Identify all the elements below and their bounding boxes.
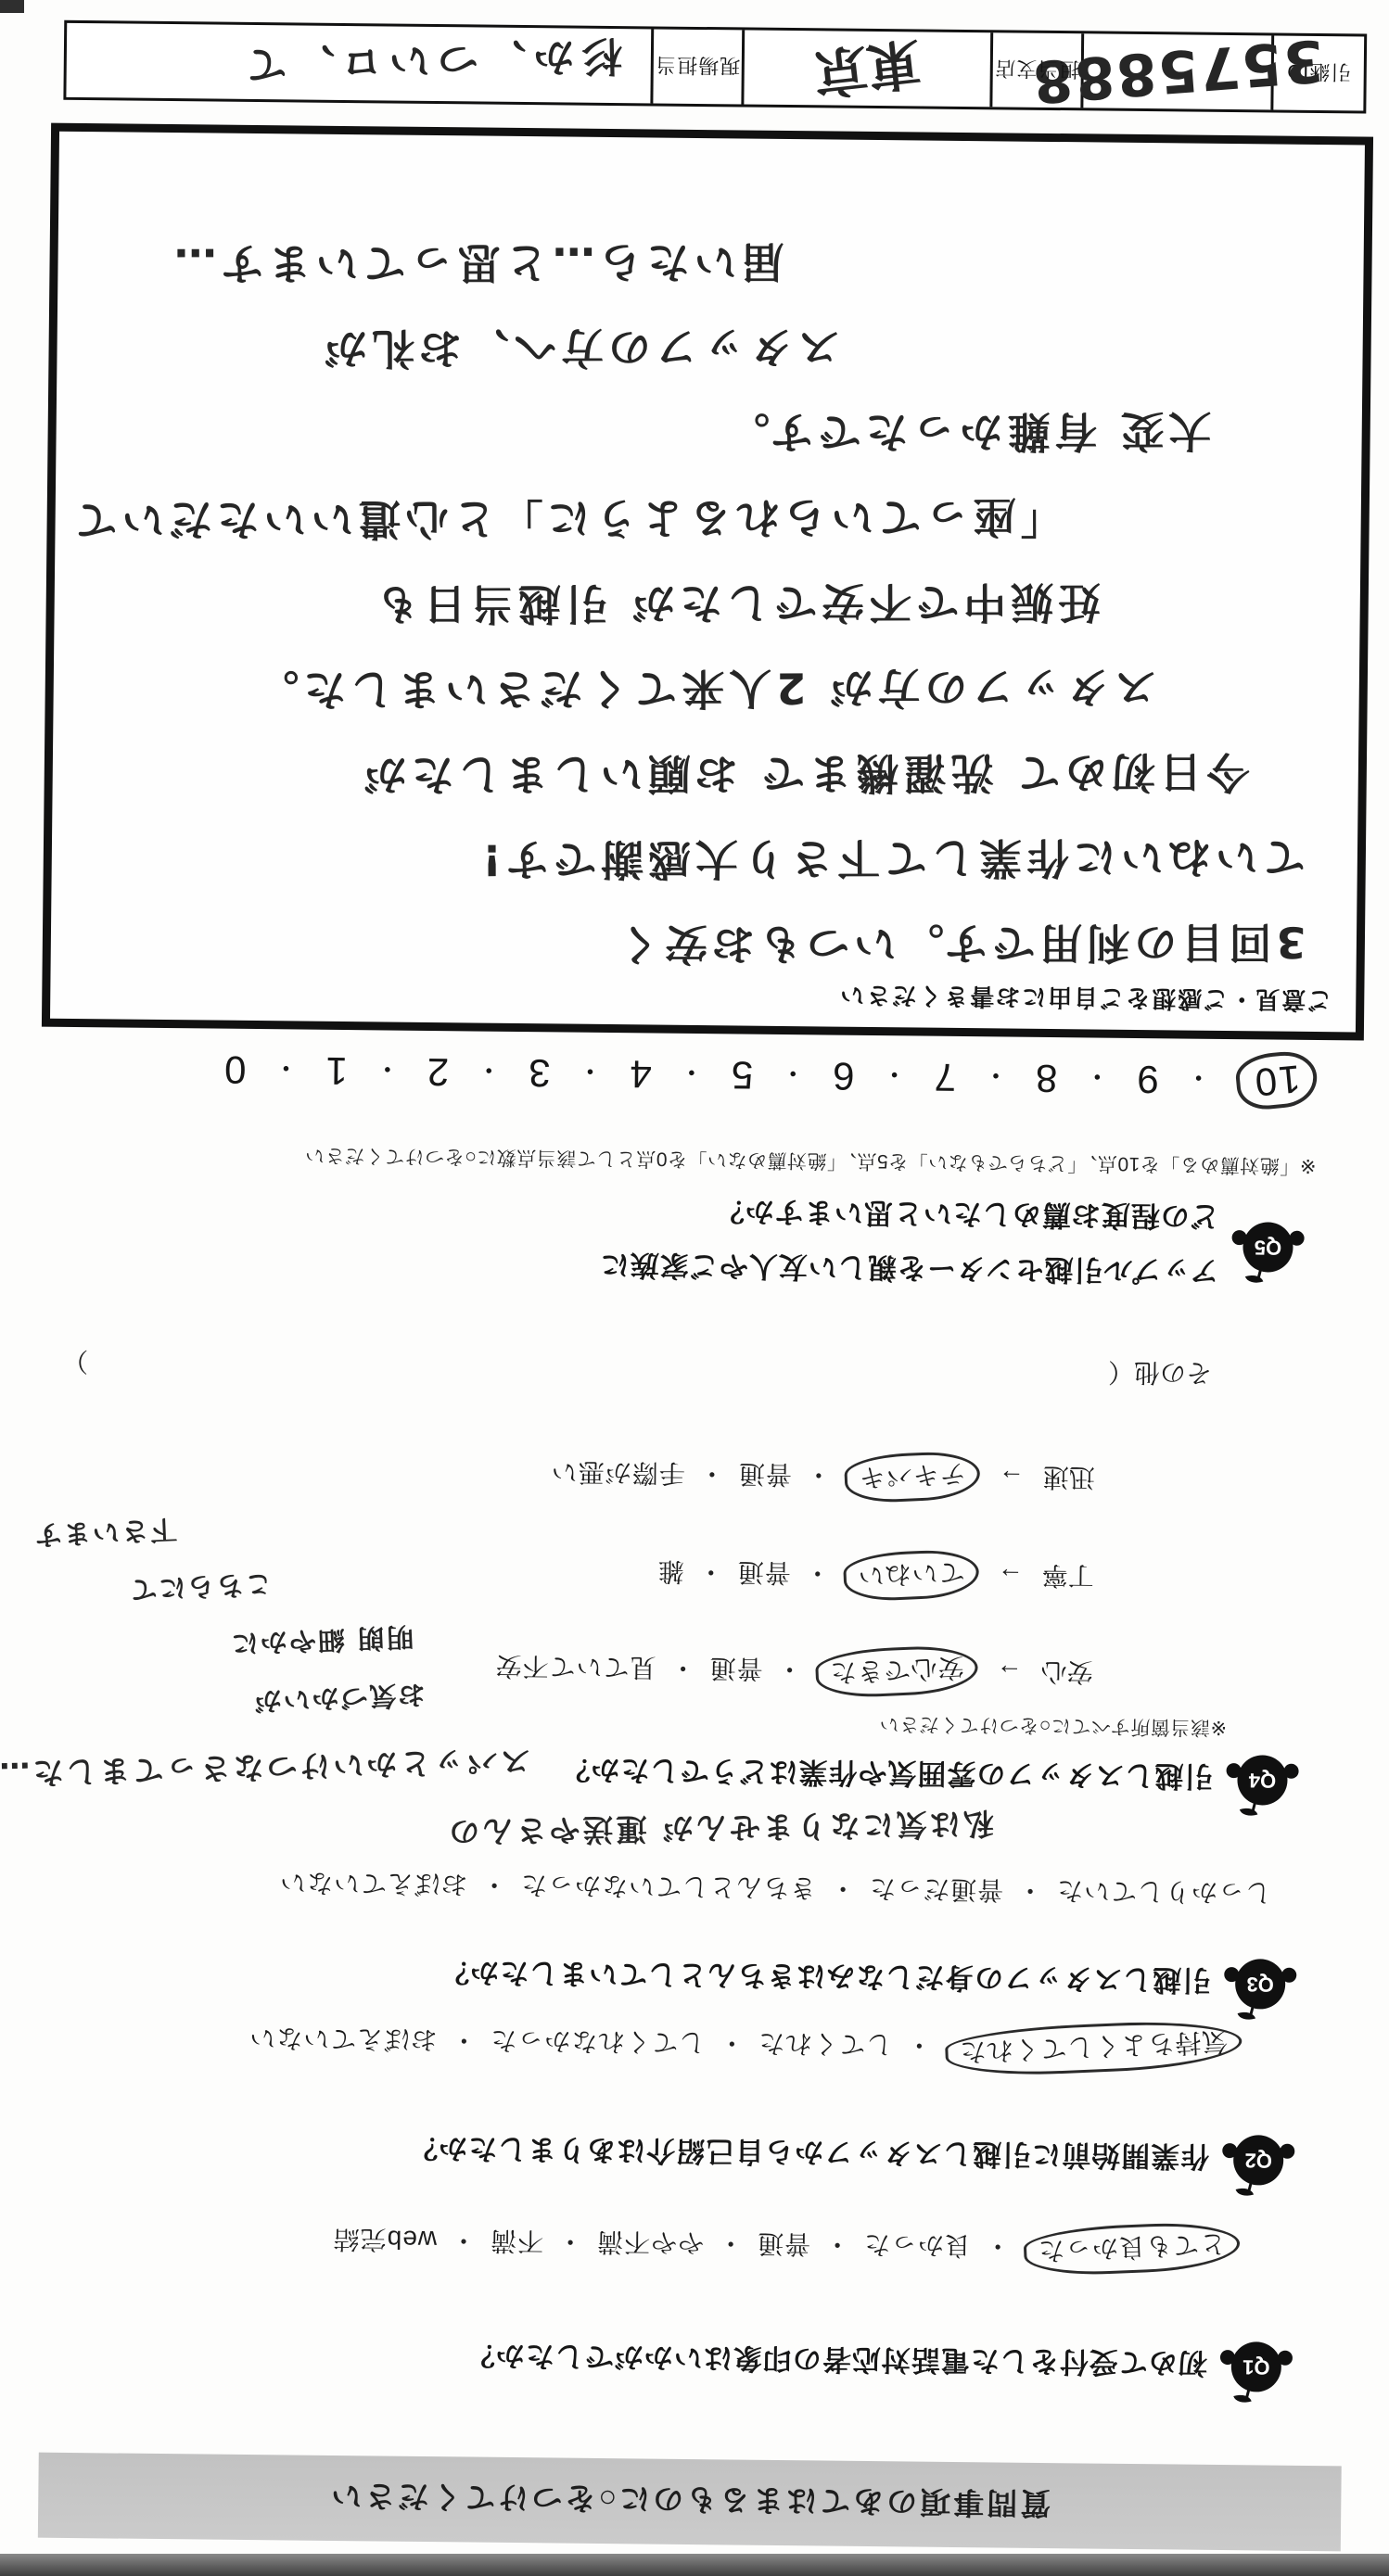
option: 普通だった — [869, 1874, 1003, 1905]
scale-score: 8 — [1034, 1056, 1058, 1100]
option-circled: とても良かった — [1023, 2220, 1241, 2278]
handwritten-line: 3回目の利用です。いつもお安く — [71, 921, 1306, 969]
branch-handwriting: 東京 — [809, 28, 925, 117]
q5-question-line2: どの程度お薦めしたいと思いますか？ — [600, 1192, 1219, 1240]
q4-row-anshin-label: 安心 — [1040, 1655, 1092, 1693]
scale-separator: ・ — [980, 1057, 1010, 1098]
handwritten-line: お気づかいが — [40, 1677, 426, 1731]
option: しっかりしていた — [1056, 1876, 1271, 1907]
option: してくれなかった — [490, 2026, 705, 2057]
field-staff-handwriting: 杉か、ついロ、て — [238, 30, 624, 98]
option: 雑 — [657, 1557, 684, 1586]
option-separator: ・ — [450, 2025, 477, 2054]
q4-other-row: その他（ ） — [62, 1344, 1212, 1393]
scale-score: 0 — [223, 1047, 247, 1092]
option-separator: ・ — [1016, 1876, 1043, 1905]
handwritten-line: 下さいます — [32, 1512, 178, 1555]
q4-question: 引越しスタッフの雰囲気や作業はどうでしたか？ — [560, 1752, 1213, 1800]
branch-label: 担当支店 — [989, 32, 1081, 108]
handwritten-line: ていねいに作業して下さり大感謝です! — [71, 836, 1306, 883]
option-separator: ・ — [450, 2226, 477, 2254]
scale-score: 6 — [831, 1054, 855, 1098]
scale-score: 4 — [628, 1051, 652, 1096]
field-staff-label: 現場担当 — [650, 29, 742, 104]
option-separator: ・ — [805, 1460, 832, 1489]
q5-apple-icon: Q5 — [1242, 1222, 1293, 1273]
q2-options: 気持ちよくしてくれた・してくれた・してくれなかった・おぼえていない — [248, 2015, 1242, 2074]
q4-note: ※該当箇所すべてに○をつけてください — [879, 1711, 1227, 1743]
option-separator: ・ — [823, 2230, 850, 2259]
q1-block: Q1 初めて受付をした電話対応者の印象はいかがでしたか？ — [465, 2333, 1282, 2392]
option: きちんとしていなかった — [520, 1871, 816, 1902]
option-separator: ・ — [905, 2030, 932, 2059]
handwritten-line: 明朗 細やかに — [37, 1618, 414, 1672]
scale-score: 5 — [730, 1052, 754, 1097]
option: 普通 — [737, 1557, 791, 1587]
option-separator: ・ — [775, 1655, 802, 1683]
option-separator: ・ — [804, 1558, 831, 1587]
option-circled: 気持ちよくしてくれた — [944, 2018, 1242, 2078]
q4-row-teinei: 丁寧 → ていねい・普通・雑 — [656, 1549, 1094, 1602]
option-separator: ・ — [829, 1874, 856, 1903]
option-separator: ・ — [556, 2227, 583, 2255]
option: 普通 — [738, 1460, 792, 1490]
option: 普通 — [708, 1654, 762, 1683]
scan-corner-mark — [0, 0, 24, 13]
q5-icon-label: Q5 — [1255, 1235, 1282, 1259]
q4-row-jinsoku-options: テキパキ・普通・手際が悪い — [551, 1449, 981, 1502]
q4-margin-handwritten-note: お気づかいが明朗 細やかにこちらにて下さいます — [32, 1481, 426, 1731]
scale-separator: ・ — [372, 1050, 401, 1091]
scale-score: 7 — [932, 1055, 956, 1099]
handwritten-line: 今日初めて 洗濯機まで お願いしましたが — [71, 751, 1250, 797]
q4-row-anshin-options: 安心できた・普通・見ていて不安 — [494, 1643, 978, 1696]
q3-icon-label: Q3 — [1246, 1972, 1274, 1996]
handwritten-line: スタッフの方が 2人来てくださいました。 — [70, 666, 1156, 712]
q4-handwritten-inline: スパッとかいけつなさってました… — [0, 1742, 531, 1798]
option-separator: ・ — [717, 2228, 744, 2257]
option-separator: ・ — [480, 1871, 507, 1899]
option-separator: ・ — [698, 1459, 725, 1488]
q3-handwritten-note: 私は気になりませんが 運送やさんの — [446, 1804, 994, 1856]
q5-note: ※「絶対薦める」を10点、「どちらでもない」を5点、「絶対薦めない」を0点として… — [305, 1143, 1317, 1181]
arrow-icon: → — [996, 1657, 1022, 1687]
option-separator: ・ — [984, 2231, 1011, 2260]
q4-row-jinsoku-label: 迅速 — [1043, 1460, 1095, 1498]
scale-score-circled: 10 — [1234, 1049, 1319, 1112]
q2-icon-label: Q2 — [1244, 2148, 1272, 2172]
q2-apple-icon: Q2 — [1233, 2135, 1284, 2186]
scale-separator: ・ — [676, 1054, 706, 1095]
q2-question: 作業開始前に引越しスタッフから自己紹介はありましたか？ — [408, 2130, 1209, 2180]
rating-scale: 10・9・8・7・6・5・4・3・2・1・0 — [223, 1042, 1318, 1109]
scale-score: 2 — [426, 1049, 450, 1094]
footer-id-table: 引継ID 3575888 担当支店 東京 現場担当 杉か、ついロ、て — [63, 20, 1367, 114]
handwritten-line: こちらにて — [35, 1567, 274, 1615]
comment-box: ご意見・ご感想をご自由にお書きください 3回目の利用です。いつもお安くていねいに… — [42, 123, 1373, 1041]
arrow-icon: → — [998, 1561, 1024, 1591]
option: 不満 — [490, 2227, 543, 2256]
q3-options: しっかりしていた・普通だった・きちんとしていなかった・おぼえていない — [279, 1865, 1271, 1912]
q4-block: Q4 引越しスタッフの雰囲気や作業はどうでしたか？ スパッとかいけつなさってまし… — [0, 1742, 1288, 1806]
scale-score: 9 — [1135, 1057, 1159, 1101]
scale-separator: ・ — [1081, 1058, 1111, 1098]
q5-block: Q5 アップル引越センターを親しい友人やご家族に どの程度お薦めしたいと思います… — [600, 1192, 1293, 1296]
scale-separator: ・ — [473, 1051, 503, 1092]
survey-instruction-bar: 質問事項のあてはまるものに○をつけてください — [38, 2453, 1342, 2552]
arrow-icon: → — [999, 1463, 1025, 1492]
q3-question: 引越しスタッフの身だしなみはきちんとしていましたか？ — [440, 1955, 1211, 2005]
q1-options: とても良かった・良かった・普通・やや不満・不満・web完結 — [332, 2216, 1240, 2274]
q4-row-anshin: 安心 → 安心できた・普通・見ていて不安 — [494, 1643, 1093, 1698]
scale-separator: ・ — [270, 1049, 299, 1090]
option: おぼえていない — [248, 2024, 437, 2054]
handwritten-line: 大変 有難かったです。 — [70, 410, 1211, 456]
option: 見ていて不安 — [494, 1652, 656, 1682]
q1-apple-icon: Q1 — [1231, 2341, 1282, 2392]
option-circled: テキパキ — [844, 1450, 981, 1504]
handwritten-line: 「座っていられるように」と心遣いいただいて — [70, 495, 1064, 541]
option-separator: ・ — [697, 1557, 724, 1586]
q4-row-teinei-options: ていねい・普通・雑 — [656, 1549, 979, 1601]
handwritten-line: スタッフの方へ、お礼が — [70, 325, 840, 371]
branch-value: 東京 — [741, 30, 990, 107]
handwritten-line: 妊娠中で不安でしたが 引越当日も — [70, 580, 1101, 627]
upside-down-page: 質問事項のあてはまるものに○をつけてください Q1 初めて受付をした電話対応者の… — [0, 0, 1389, 2576]
scale-score: 3 — [527, 1050, 551, 1095]
handwritten-line: 届いたら…と思っています… — [70, 241, 784, 286]
q4-row-teinei-label: 丁寧 — [1042, 1558, 1094, 1596]
handwritten-comment: 3回目の利用です。いつもお安くていねいに作業して下さり大感謝です!今日初めて 洗… — [70, 197, 1306, 969]
option-separator: ・ — [718, 2028, 745, 2057]
option-separator: ・ — [669, 1654, 695, 1682]
option: 手際が悪い — [551, 1457, 685, 1488]
q3-block: Q3 引越しスタッフの身だしなみはきちんとしていましたか？ — [440, 1950, 1286, 2010]
scan-edge-shadow — [0, 2554, 1389, 2576]
option: してくれた — [758, 2029, 892, 2060]
handover-id-value: 3575888 — [1080, 33, 1271, 109]
scale-separator: ・ — [878, 1056, 908, 1097]
field-staff-value: 杉か、ついロ、て — [66, 23, 651, 104]
q4-apple-icon: Q4 — [1237, 1755, 1288, 1806]
q2-block: Q2 作業開始前に引越しスタッフから自己紹介はありましたか？ — [408, 2126, 1284, 2186]
comment-box-label: ご意見・ご感想をご自由にお書きください — [838, 980, 1332, 1020]
q4-other-label: その他（ — [1108, 1355, 1212, 1393]
option: web完結 — [333, 2225, 438, 2254]
option: やや不満 — [596, 2227, 704, 2257]
q4-other-blank — [107, 1363, 1090, 1373]
scale-score: 1 — [324, 1048, 348, 1093]
q5-question-line1: アップル引越センターを親しい友人やご家族に — [600, 1247, 1219, 1295]
scale-separator: ・ — [574, 1053, 604, 1094]
option: おぼえていない — [279, 1868, 467, 1898]
q4-icon-label: Q4 — [1249, 1768, 1277, 1792]
q1-question: 初めて受付をした電話対応者の印象はいかがでしたか？ — [465, 2338, 1207, 2387]
scale-separator: ・ — [777, 1055, 807, 1096]
option-circled: ていねい — [843, 1548, 980, 1602]
q4-other-close-paren: ） — [62, 1344, 88, 1381]
option: 普通 — [757, 2229, 810, 2259]
scale-separator: ・ — [1182, 1060, 1212, 1100]
q4-row-jinsoku: 迅速 → テキパキ・普通・手際が悪い — [551, 1449, 1096, 1503]
option: 良かった — [863, 2230, 971, 2260]
scanned-survey-sheet: 質問事項のあてはまるものに○をつけてください Q1 初めて受付をした電話対応者の… — [0, 0, 1389, 2576]
q3-apple-icon: Q3 — [1235, 1959, 1286, 2010]
option-circled: 安心できた — [815, 1644, 979, 1699]
q1-icon-label: Q1 — [1242, 2354, 1270, 2379]
survey-instruction-text: 質問事項のあてはまるものに○をつけてください — [328, 2476, 1051, 2527]
